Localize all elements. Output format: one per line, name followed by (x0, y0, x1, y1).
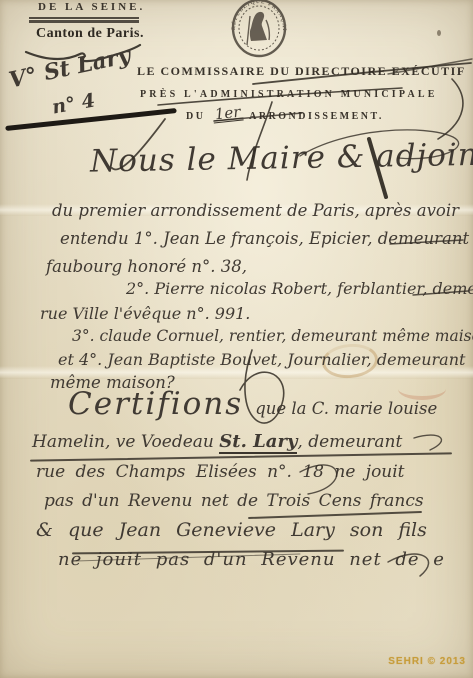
letterhead-line3: DU 1er ARRONDISSEMENT. (150, 107, 420, 122)
handwritten-line: rue des Champs Elisées n°. 18 ne jouit (36, 462, 405, 482)
letterhead-line2: PRÈS L'ADMINISTRATION MUNICIPALE (140, 89, 430, 100)
letterhead-line1: LE COMMISSAIRE DU DIRECTOIRE EXÉCUTIF (137, 64, 443, 79)
certify-line: Certifions que la C. marie louise (68, 386, 437, 422)
certify-rest: que la C. marie louise (255, 399, 437, 418)
handwritten-line: Hamelin, ve Voedeau St. Lary, demeurant (32, 431, 402, 452)
department-label: DE LA SEINE. (38, 1, 145, 13)
handwritten-line: entendu 1°. Jean Le françois, Epicier, d… (60, 229, 469, 248)
handwritten-line: rue Ville l'évêque n°. 991. (40, 304, 250, 323)
opening-line: Nous le Maire & adjoints (90, 136, 473, 179)
handwritten-line: et 4°. Jean Baptiste Bouvet, Journalier,… (58, 350, 465, 369)
watermark: SEHRI © 2013 (0, 656, 466, 667)
letterhead-arrondissement: ARRONDISSEMENT. (249, 111, 384, 122)
margin-note-name: V° St Lary (7, 42, 133, 93)
canton-label: Canton de Paris. (36, 26, 144, 42)
margin-note-number: n° 4 (50, 89, 96, 118)
handwritten-line: du premier arrondissement de Paris, aprè… (52, 201, 459, 220)
handwritten-line: ne jouit pas d'un Revenu net de e (58, 549, 445, 570)
letterhead-du: DU (186, 111, 205, 122)
handwritten-line: pas d'un Revenu net de Trois Cens francs (44, 491, 424, 511)
ink-speck (437, 30, 441, 36)
hamelin-pre: Hamelin, ve Voedeau (32, 432, 219, 452)
handwritten-line: 2°. Pierre nicolas Robert, ferblantier, … (126, 279, 473, 298)
hamelin-name: St. Lary (219, 431, 297, 454)
handwritten-line: faubourg honoré n°. 38, (46, 257, 247, 276)
pen-underline (248, 511, 422, 519)
header-rule (29, 17, 139, 23)
handwritten-arrondissement-number: 1er (212, 105, 243, 123)
hamelin-post: , demeurant (297, 432, 402, 452)
certify-word: Certifions (68, 386, 243, 422)
handwritten-line: & que Jean Genevieve Lary son fils (36, 519, 427, 541)
document-page: DE LA SEINE. Canton de Paris. RÉPUBLIQUE… (0, 0, 473, 678)
handwritten-line: 3°. claude Cornuel, rentier, demeurant m… (72, 327, 473, 345)
